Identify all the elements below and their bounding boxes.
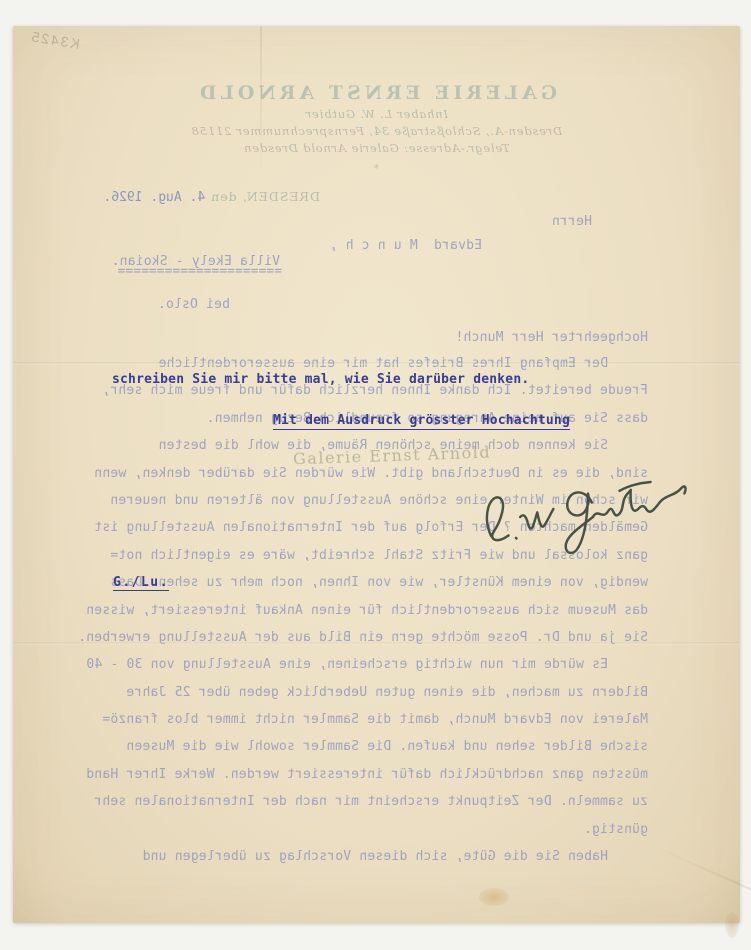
typist-initials: G./Lu. (113, 575, 169, 591)
paper-stain-edge (725, 912, 739, 938)
paper-stain (479, 888, 509, 906)
vertical-fold-crease (260, 26, 262, 176)
horizontal-fold-crease-upper (13, 362, 740, 365)
embossed-gallery-stamp: Galerie Ernst Arnold (293, 443, 492, 469)
signature-handwriting (467, 454, 700, 571)
typed-note-line: schreiben Sie mir bitte mal, wie Sie dar… (112, 372, 529, 387)
typed-closing-line: Mit dem Ausdruck grösster Hochachtung (273, 413, 570, 430)
letter-paper: K3425 GALERIE ERNST ARNOLD Inhaber L. W.… (13, 26, 740, 923)
scanned-letter: K3425 GALERIE ERNST ARNOLD Inhaber L. W.… (0, 0, 751, 950)
front-ink-layer: schreiben Sie mir bitte mal, wie Sie dar… (13, 26, 740, 923)
horizontal-fold-crease-lower (13, 642, 740, 645)
